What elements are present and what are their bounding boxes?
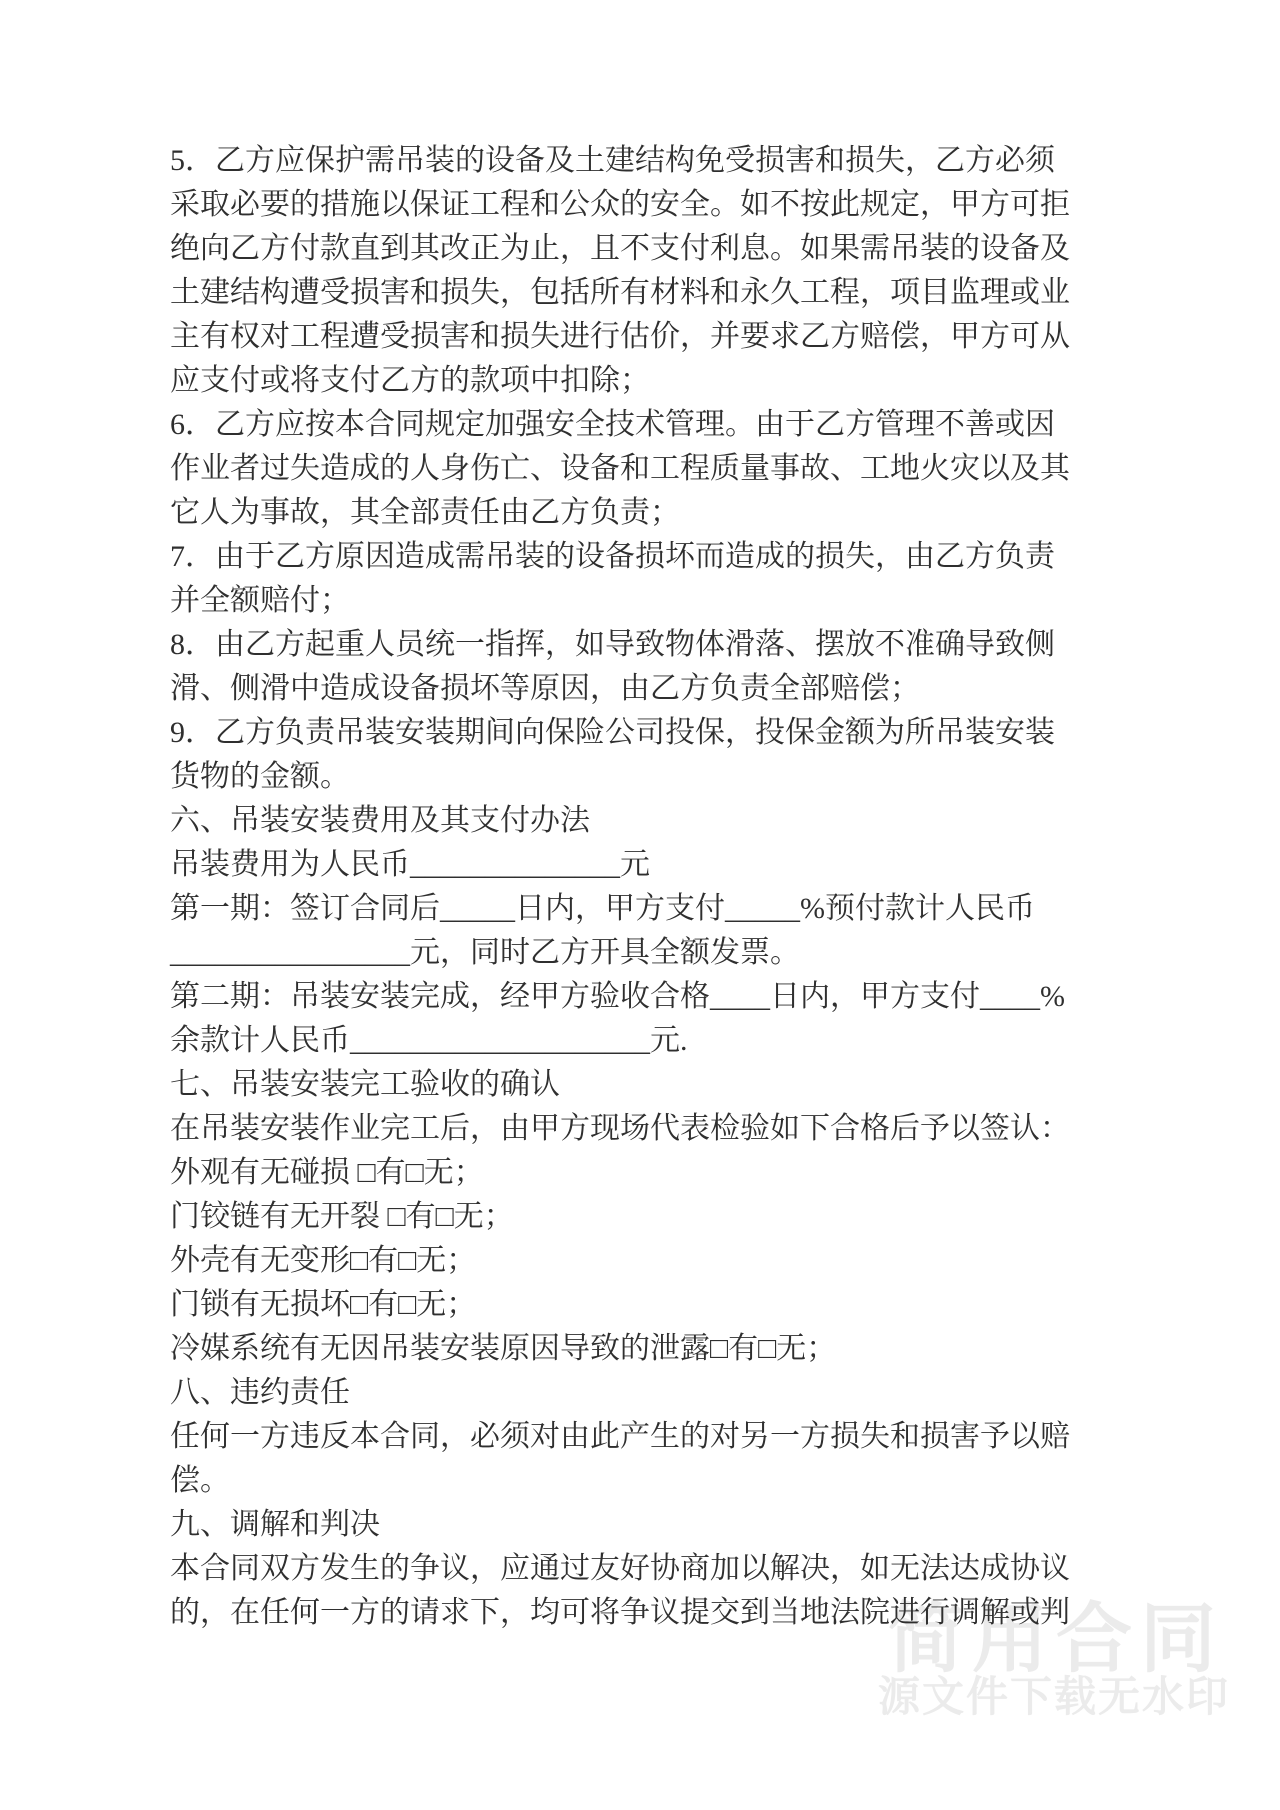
contract-line: 它人为事故，其全部责任由乙方负责；	[170, 491, 1130, 535]
contract-line: 并全额赔付；	[170, 579, 1130, 623]
contract-line: 偿。	[170, 1459, 1130, 1503]
checklist-item-refrigerant: 冷媒系统有无因吊装安装原因导致的泄露□有□无；	[170, 1327, 1130, 1371]
contract-line: 采取必要的措施以保证工程和公众的安全。如不按此规定，甲方可拒	[170, 183, 1130, 227]
contract-line: 任何一方违反本合同，必须对由此产生的对另一方损失和损害予以赔	[170, 1415, 1130, 1459]
checklist-item-hinge: 门铰链有无开裂 □有□无；	[170, 1195, 1130, 1239]
contract-line-payment-phase-1b: ________________元，同时乙方开具全额发票。	[170, 931, 1130, 975]
contract-line: 9．乙方负责吊装安装期间向保险公司投保，投保金额为所吊装安装	[170, 711, 1130, 755]
contract-line: 滑、侧滑中造成设备损坏等原因，由乙方负责全部赔偿；	[170, 667, 1130, 711]
contract-line: 土建结构遭受损害和损失，包括所有材料和永久工程，项目监理或业	[170, 271, 1130, 315]
contract-line-payment-phase-2b: 余款计人民币____________________元.	[170, 1019, 1130, 1063]
contract-line: 的，在任何一方的请求下，均可将争议提交到当地法院进行调解或判	[170, 1591, 1130, 1635]
section-heading-fees: 六、吊装安装费用及其支付办法	[170, 799, 1130, 843]
contract-line: 5．乙方应保护需吊装的设备及土建结构免受损害和损失，乙方必须	[170, 139, 1130, 183]
contract-line: 在吊装安装作业完工后，由甲方现场代表检验如下合格后予以签认：	[170, 1107, 1130, 1151]
contract-document-page: 简用合同 源文件下载无水印 5．乙方应保护需吊装的设备及土建结构免受损害和损失，…	[0, 0, 1280, 1810]
section-heading-acceptance: 七、吊装安装完工验收的确认	[170, 1063, 1130, 1107]
checklist-item-shell: 外壳有无变形□有□无；	[170, 1239, 1130, 1283]
checklist-item-appearance: 外观有无碰损 □有□无；	[170, 1151, 1130, 1195]
contract-line: 6．乙方应按本合同规定加强安全技术管理。由于乙方管理不善或因	[170, 403, 1130, 447]
section-heading-breach: 八、违约责任	[170, 1371, 1130, 1415]
section-heading-mediation: 九、调解和判决	[170, 1503, 1130, 1547]
contract-body-text: 5．乙方应保护需吊装的设备及土建结构免受损害和损失，乙方必须 采取必要的措施以保…	[170, 139, 1130, 1635]
checklist-item-lock: 门锁有无损坏□有□无；	[170, 1283, 1130, 1327]
watermark-subtitle: 源文件下载无水印	[878, 1664, 1230, 1724]
contract-line-payment-phase-2: 第二期：吊装安装完成，经甲方验收合格____日内，甲方支付____%	[170, 975, 1130, 1019]
contract-line: 主有权对工程遭受损害和损失进行估价，并要求乙方赔偿，甲方可从	[170, 315, 1130, 359]
contract-line: 应支付或将支付乙方的款项中扣除；	[170, 359, 1130, 403]
contract-line-fee-blank: 吊装费用为人民币______________元	[170, 843, 1130, 887]
contract-line: 绝向乙方付款直到其改正为止，且不支付利息。如果需吊装的设备及	[170, 227, 1130, 271]
contract-line: 7．由于乙方原因造成需吊装的设备损坏而造成的损失，由乙方负责	[170, 535, 1130, 579]
contract-line: 8．由乙方起重人员统一指挥，如导致物体滑落、摆放不准确导致侧	[170, 623, 1130, 667]
contract-line: 货物的金额。	[170, 755, 1130, 799]
contract-line: 本合同双方发生的争议，应通过友好协商加以解决，如无法达成协议	[170, 1547, 1130, 1591]
contract-line: 作业者过失造成的人身伤亡、设备和工程质量事故、工地火灾以及其	[170, 447, 1130, 491]
contract-line-payment-phase-1: 第一期：签订合同后_____日内，甲方支付_____%预付款计人民币	[170, 887, 1130, 931]
